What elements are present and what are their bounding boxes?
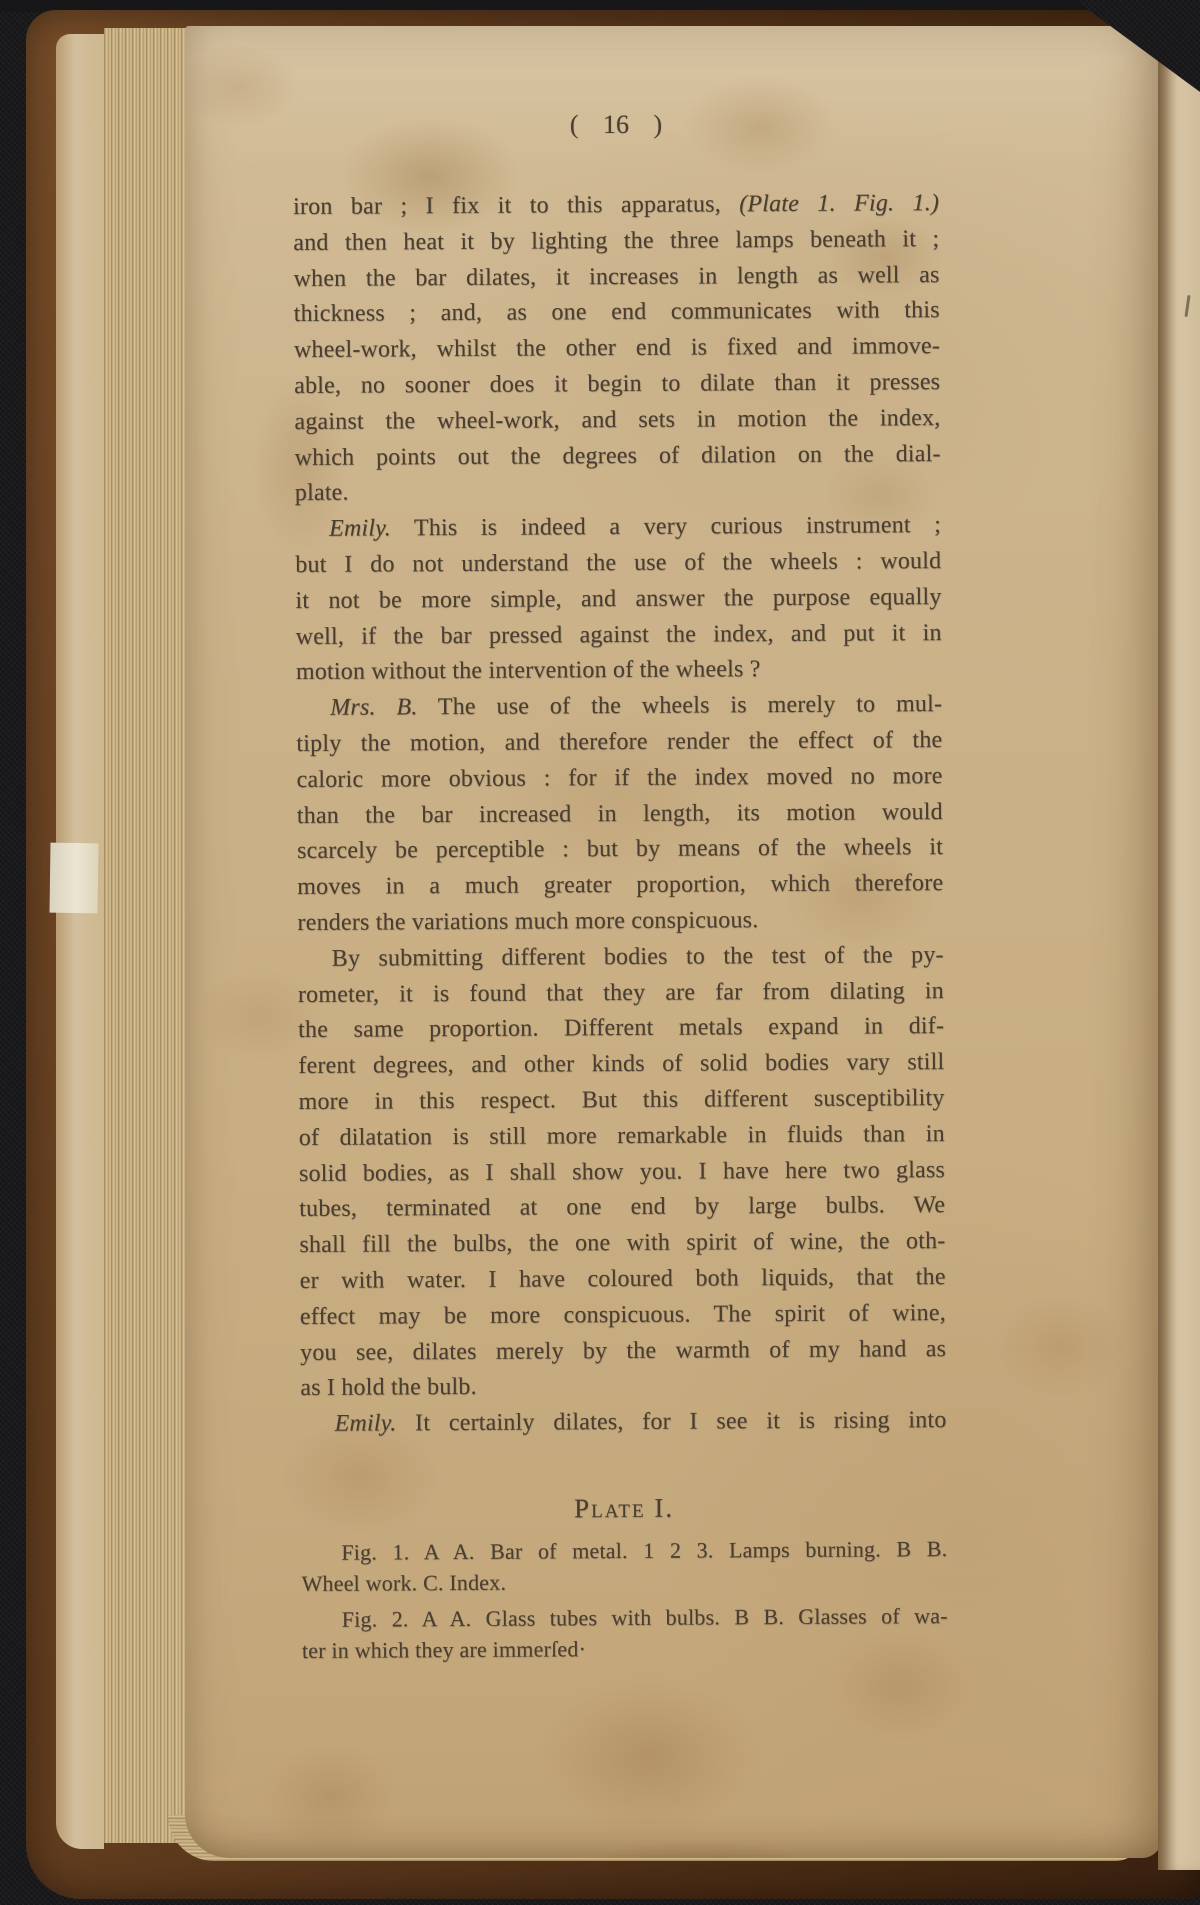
text-line: caloric more obvious : for if the index … <box>297 759 943 799</box>
text-line: and then heat it by lighting the three l… <box>293 222 939 262</box>
text-line: By submitting different bodies to the te… <box>298 938 944 978</box>
page-text: iron bar ; I fix it to this apparatus, (… <box>293 186 948 1666</box>
text-line: effect may be more conspicuous. The spir… <box>300 1296 946 1336</box>
text-line: ferent degrees, and other kinds of solid… <box>298 1045 944 1085</box>
text-line: wheel-work, whilst the other end is fixe… <box>294 329 940 369</box>
text-line: able, no sooner does it begin to dilate … <box>294 365 940 405</box>
paragraph: Emily. It certainly dilates, for I see i… <box>300 1403 946 1443</box>
paragraph: Emily. This is indeed a very curious ins… <box>295 508 942 691</box>
figure-paragraphs: Fig. 1. A A. Bar of metal. 1 2 3. Lamps … <box>301 1533 948 1666</box>
text-line: Wheel work. C. Index. <box>301 1564 947 1599</box>
paper-slip <box>50 843 99 914</box>
text-line: Mrs. B. The use of the wheels is merely … <box>296 687 942 727</box>
text-line: you see, dilates merely by the warmth of… <box>300 1332 946 1372</box>
text-line: it not be more simple, and answer the pu… <box>295 580 941 620</box>
text-line: solid bodies, as I shall show you. I hav… <box>299 1153 945 1193</box>
text-line: renders the variations much more conspic… <box>297 902 943 942</box>
text-line: when the bar dilates, it increases in le… <box>293 258 939 298</box>
text-line: Fig. 1. A A. Bar of metal. 1 2 3. Lamps … <box>301 1533 947 1568</box>
text-line: than the bar increased in length, its mo… <box>297 795 943 835</box>
text-line: iron bar ; I fix it to this apparatus, (… <box>293 186 939 226</box>
text-line: tubes, terminated at one end by large bu… <box>299 1188 945 1228</box>
paragraph: By submitting different bodies to the te… <box>298 938 947 1407</box>
text-line: as I hold the bulb. <box>300 1367 946 1407</box>
text-line: rometer, it is found that they are far f… <box>298 974 944 1014</box>
text-line: which points out the degrees of dilation… <box>295 437 941 477</box>
adjacent-page-edge <box>1158 30 1200 1870</box>
text-line: motion without the intervention of the w… <box>296 651 942 691</box>
paragraph: Mrs. B. The use of the wheels is merely … <box>296 687 944 942</box>
paragraph: Fig. 2. A A. Glass tubes with bulbs. B B… <box>302 1600 948 1666</box>
text-line: Fig. 2. A A. Glass tubes with bulbs. B B… <box>302 1600 948 1635</box>
page-edge-stack <box>104 28 190 1843</box>
book-scan: ( 16 ) iron bar ; I fix it to this appar… <box>0 0 1200 1905</box>
text-line: scarcely be perceptible : but by means o… <box>297 830 943 870</box>
paragraph: iron bar ; I fix it to this apparatus, (… <box>293 186 941 512</box>
text-line: the same proportion. Different metals ex… <box>298 1009 944 1049</box>
text-line: ter in which they are immerſed· <box>302 1631 948 1666</box>
page-number: ( 16 ) <box>293 110 939 140</box>
text-line: plate. <box>295 472 941 512</box>
body-paragraphs: iron bar ; I fix it to this apparatus, (… <box>293 186 947 1443</box>
text-line: thickness ; and, as one end communicates… <box>294 293 940 333</box>
text-line: moves in a much greater proportion, whic… <box>297 866 943 906</box>
text-line: er with water. I have coloured both liqu… <box>300 1260 946 1300</box>
text-line: well, if the bar pressed against the ind… <box>296 616 942 656</box>
plate-heading: Plate I. <box>301 1489 947 1527</box>
paragraph: Fig. 1. A A. Bar of metal. 1 2 3. Lamps … <box>301 1533 947 1599</box>
text-line: Emily. This is indeed a very curious ins… <box>295 508 941 548</box>
text-line: shall fill the bulbs, the one with spiri… <box>299 1224 945 1264</box>
text-line: tiply the motion, and therefore render t… <box>296 723 942 763</box>
text-line: more in this respect. But this different… <box>298 1081 944 1121</box>
text-line: of dilatation is still more remarkable i… <box>299 1117 945 1157</box>
text-line: but I do not understand the use of the w… <box>295 544 941 584</box>
text-line: against the wheel-work, and sets in moti… <box>294 401 940 441</box>
text-line: Emily. It certainly dilates, for I see i… <box>300 1403 946 1443</box>
page-edge-flat <box>56 34 104 1849</box>
